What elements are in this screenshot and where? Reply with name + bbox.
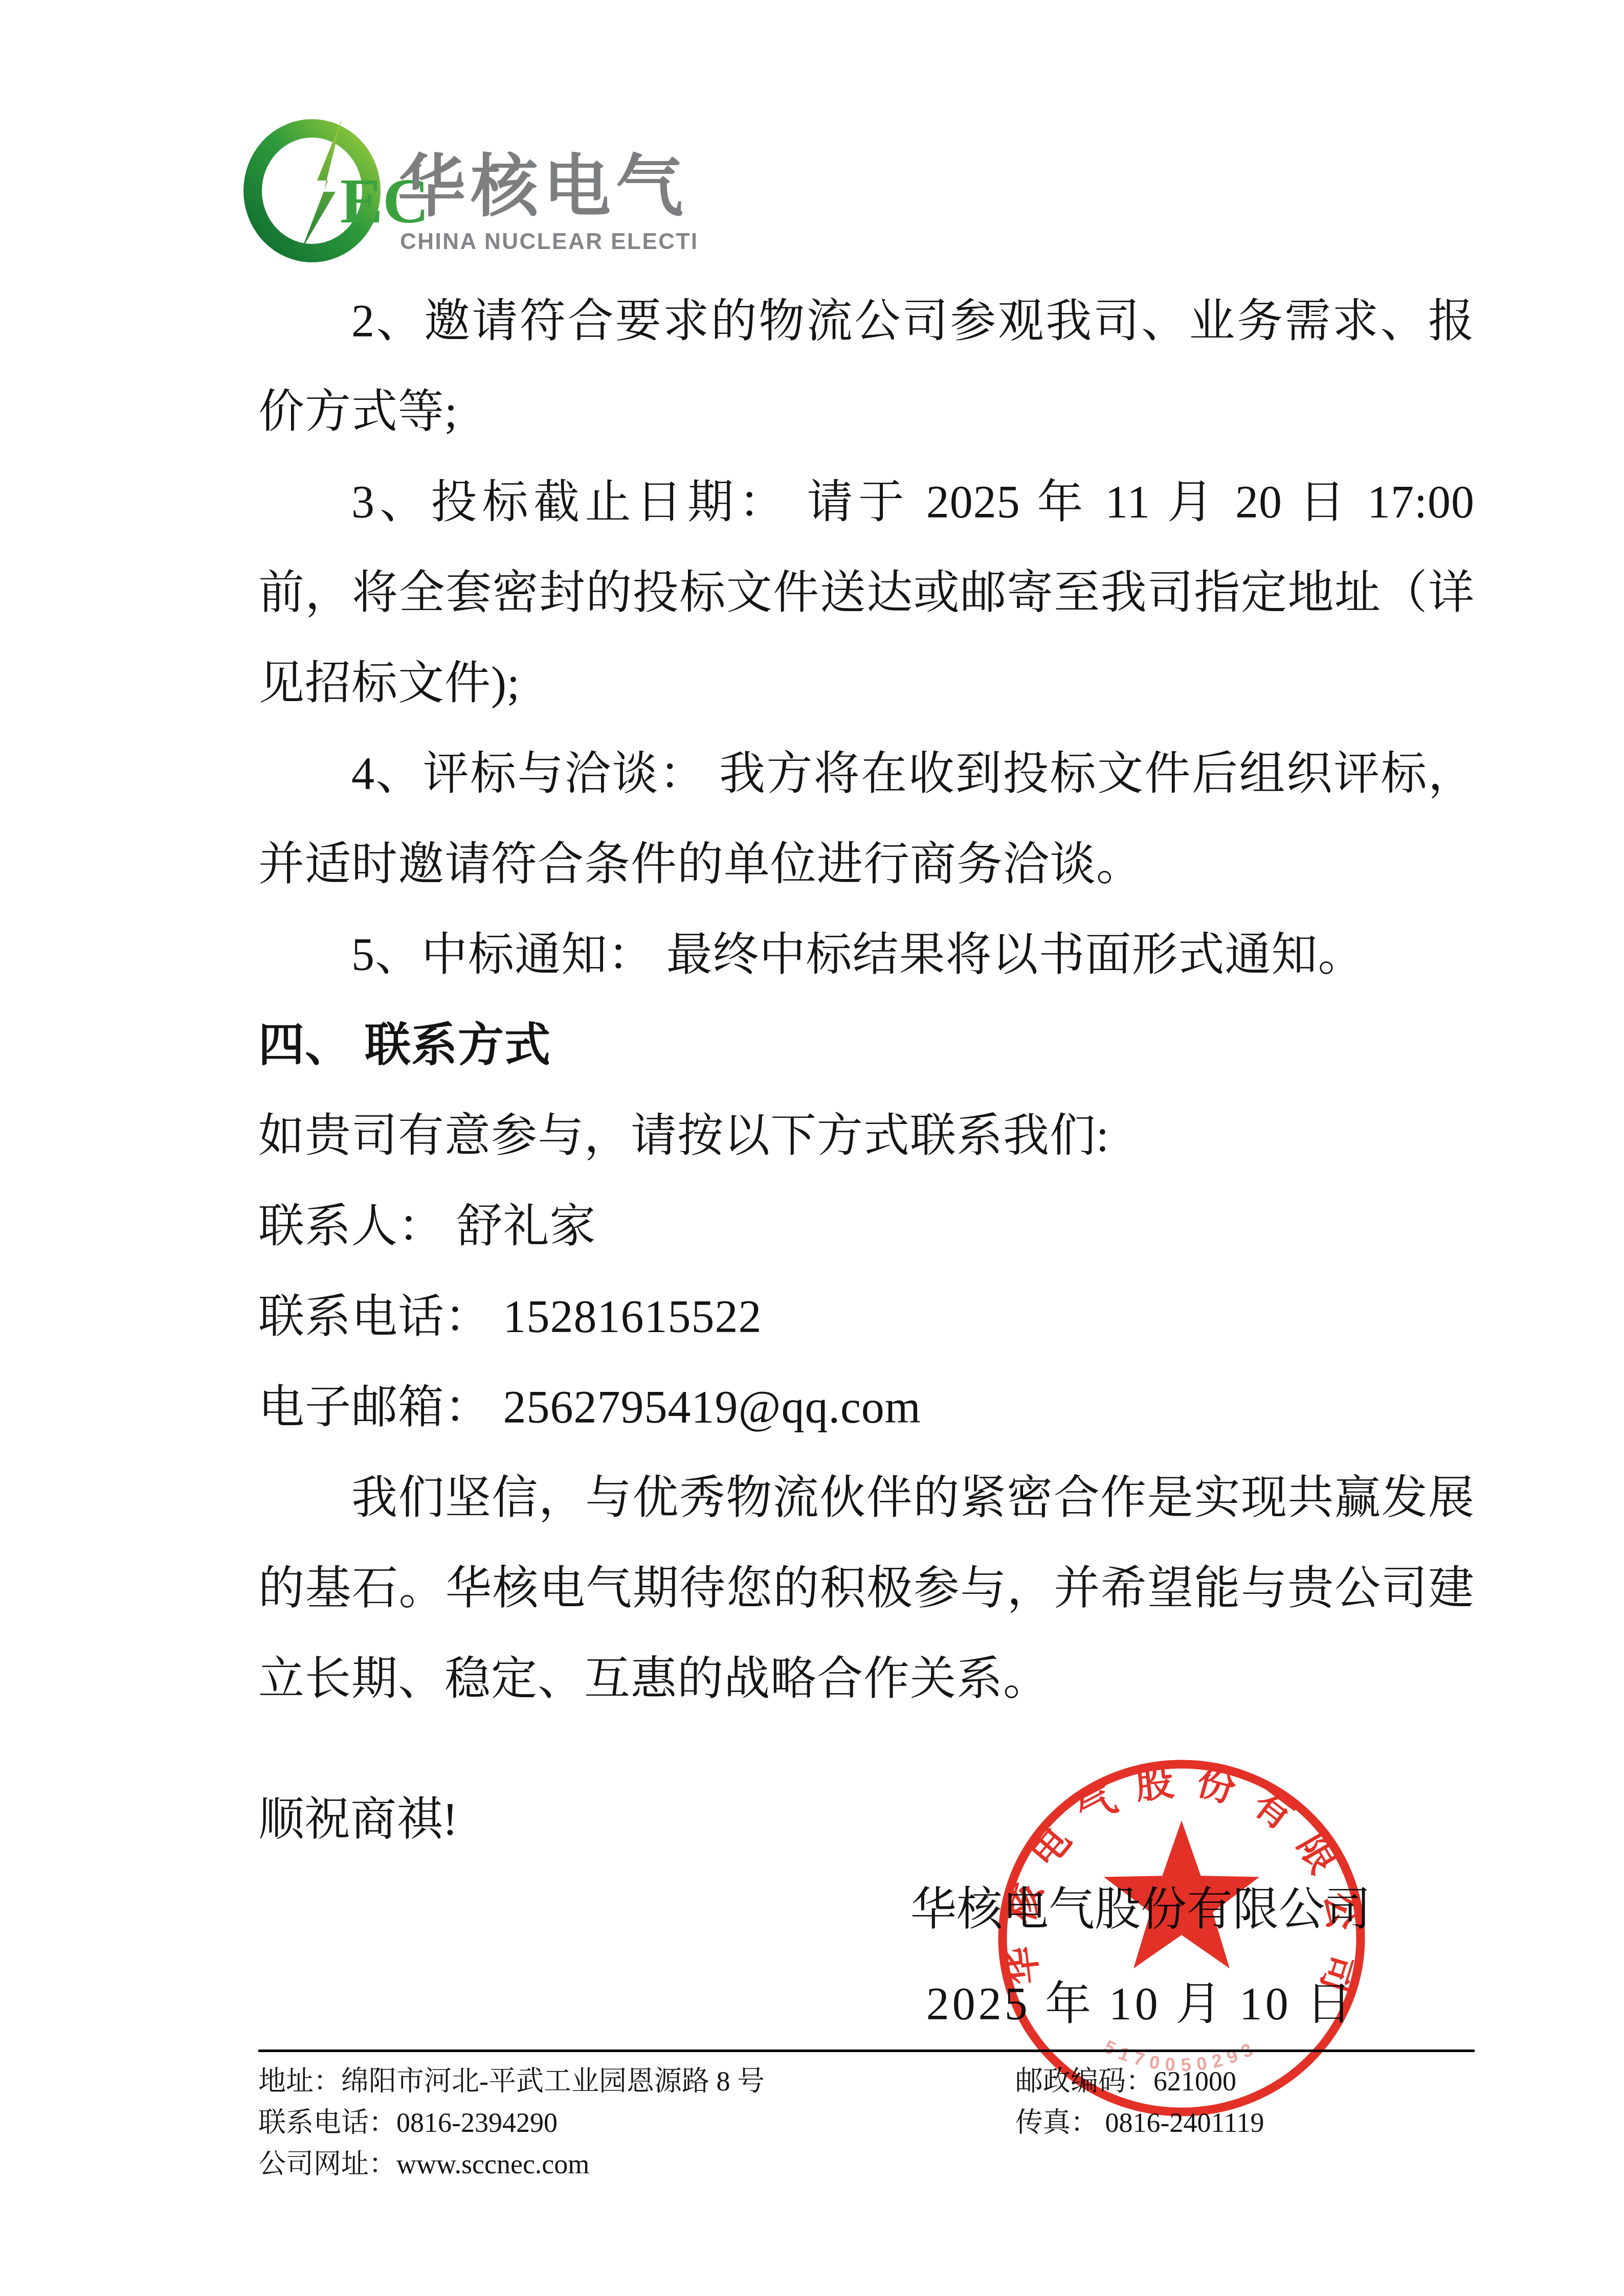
paragraph: 联系人： 舒礼家 [258,1181,1475,1272]
company-logo: EC 华核电气 CHINA NUCLEAR ELECTRIC [235,110,696,263]
seal-star-icon [1104,1820,1259,1968]
paragraph: 电子邮箱： 2562795419@qq.com [258,1362,1475,1453]
company-seal-icon: 华核电气股份有限公司 51700502933 [992,1757,1371,2145]
lightning-bolt-icon [302,119,342,249]
logo-name-en: CHINA NUCLEAR ELECTRIC [400,229,696,254]
document-body: 2、邀请符合要求的物流公司参观我司、业务需求、报价方式等;3、投标截止日期： 请… [258,276,1475,1724]
section-heading: 四、 联系方式 [258,1000,1475,1091]
paragraph: 联系电话： 15281615522 [258,1272,1475,1362]
paragraph: 3、投标截止日期： 请于 2025 年 11 月 20 日 17:00 前，将全… [258,457,1475,729]
paragraph: 4、评标与洽谈： 我方将在收到投标文件后组织评标，并适时邀请符合条件的单位进行商… [258,729,1475,910]
paragraph: 我们坚信，与优秀物流伙伴的紧密合作是实现共赢发展的基石。华核电气期待您的积极参与… [258,1453,1475,1724]
paragraph: 2、邀请符合要求的物流公司参观我司、业务需求、报价方式等; [258,276,1475,457]
footer-line: 公司网址：www.sccnec.com [258,2144,765,2185]
logo-name-cn: 华核电气 [398,149,688,224]
footer-line: 地址：绵阳市河北-平武工业园恩源路 8 号 [258,2061,765,2102]
footer-line: 联系电话：0816-2394290 [258,2102,765,2144]
document-page: EC 华核电气 CHINA NUCLEAR ELECTRIC 2、邀请符合要求的… [0,0,1624,2296]
paragraph: 如贵司有意参与，请按以下方式联系我们: [258,1091,1475,1181]
closing-salutation: 顺祝商祺! [258,1774,458,1865]
paragraph: 5、中标通知： 最终中标结果将以书面形式通知。 [258,910,1475,1000]
footer-left-column: 地址：绵阳市河北-平武工业园恩源路 8 号联系电话：0816-2394290公司… [258,2061,765,2185]
